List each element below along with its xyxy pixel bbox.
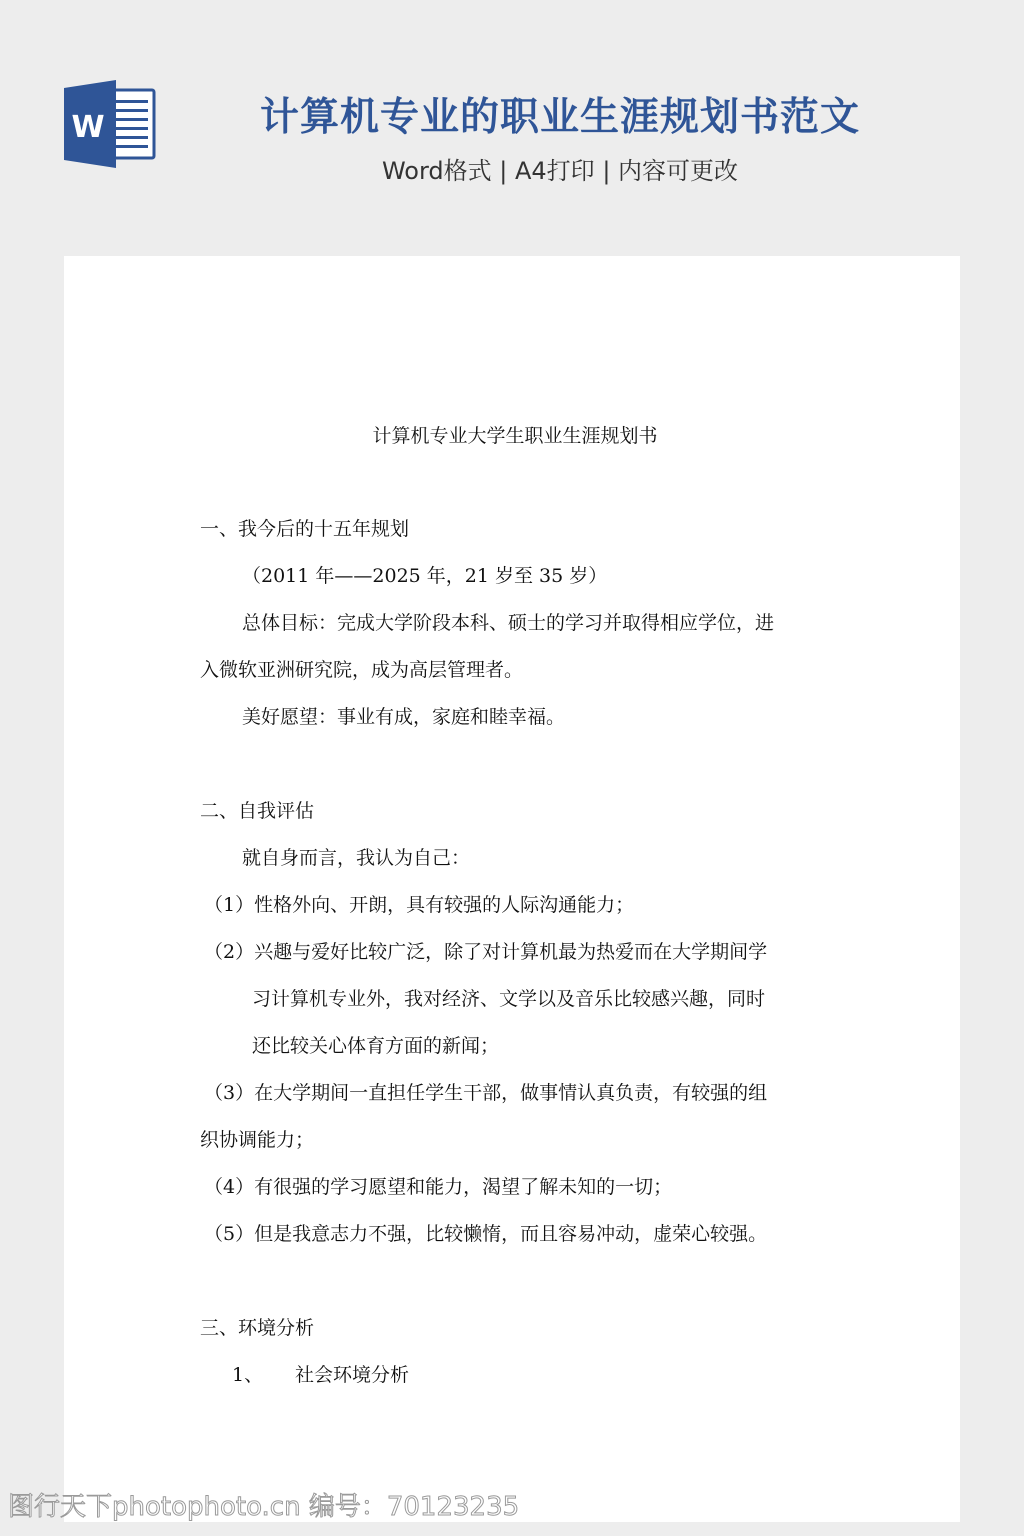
paragraph-line: 总体目标：完成大学阶段本科、硕士的学习并取得相应学位，进 bbox=[242, 609, 774, 637]
document-title: 计算机专业大学生职业生涯规划书 bbox=[200, 422, 830, 450]
list-item: （2）兴趣与爱好比较广泛，除了对计算机最为热爱而在大学期间学 bbox=[204, 938, 767, 966]
paragraph-line: （2011 年——2025 年，21 岁至 35 岁） bbox=[242, 562, 607, 590]
document-page: 计算机专业大学生职业生涯规划书 一、我今后的十五年规划 （2011 年——202… bbox=[64, 256, 960, 1522]
subsection-heading: 社会环境分析 bbox=[295, 1361, 409, 1389]
watermark: 图行天下photophoto.cn 编号：70123235 bbox=[8, 1490, 519, 1524]
svg-text:W: W bbox=[71, 110, 104, 145]
paragraph-line: 就自身而言，我认为自己： bbox=[242, 844, 470, 872]
page-title: 计算机专业的职业生涯规划书范文 bbox=[240, 92, 880, 144]
paragraph-line: 美好愿望：事业有成，家庭和睦幸福。 bbox=[242, 703, 565, 731]
word-document-icon: W bbox=[64, 80, 156, 170]
paragraph-line: 入微软亚洲研究院，成为高层管理者。 bbox=[200, 656, 523, 684]
section-heading: 一、我今后的十五年规划 bbox=[200, 515, 409, 543]
list-item-continuation: 织协调能力； bbox=[200, 1126, 314, 1154]
list-item: （1）性格外向、开朗，具有较强的人际沟通能力； bbox=[204, 891, 634, 919]
list-item-continuation: 还比较关心体育方面的新闻； bbox=[252, 1032, 499, 1060]
list-item: （3）在大学期间一直担任学生干部，做事情认真负责，有较强的组 bbox=[204, 1079, 767, 1107]
list-item: （5）但是我意志力不强，比较懒惰，而且容易冲动，虚荣心较强。 bbox=[204, 1220, 767, 1248]
section-heading: 三、环境分析 bbox=[200, 1314, 314, 1342]
subsection-number: 1、 bbox=[232, 1361, 263, 1389]
list-item: （4）有很强的学习愿望和能力，渴望了解未知的一切； bbox=[204, 1173, 672, 1201]
footer-background bbox=[0, 1522, 1024, 1536]
list-item-continuation: 习计算机专业外，我对经济、文学以及音乐比较感兴趣，同时 bbox=[252, 985, 765, 1013]
page-subtitle: Word格式 | A4打印 | 内容可更改 bbox=[240, 154, 880, 188]
section-heading: 二、自我评估 bbox=[200, 797, 314, 825]
